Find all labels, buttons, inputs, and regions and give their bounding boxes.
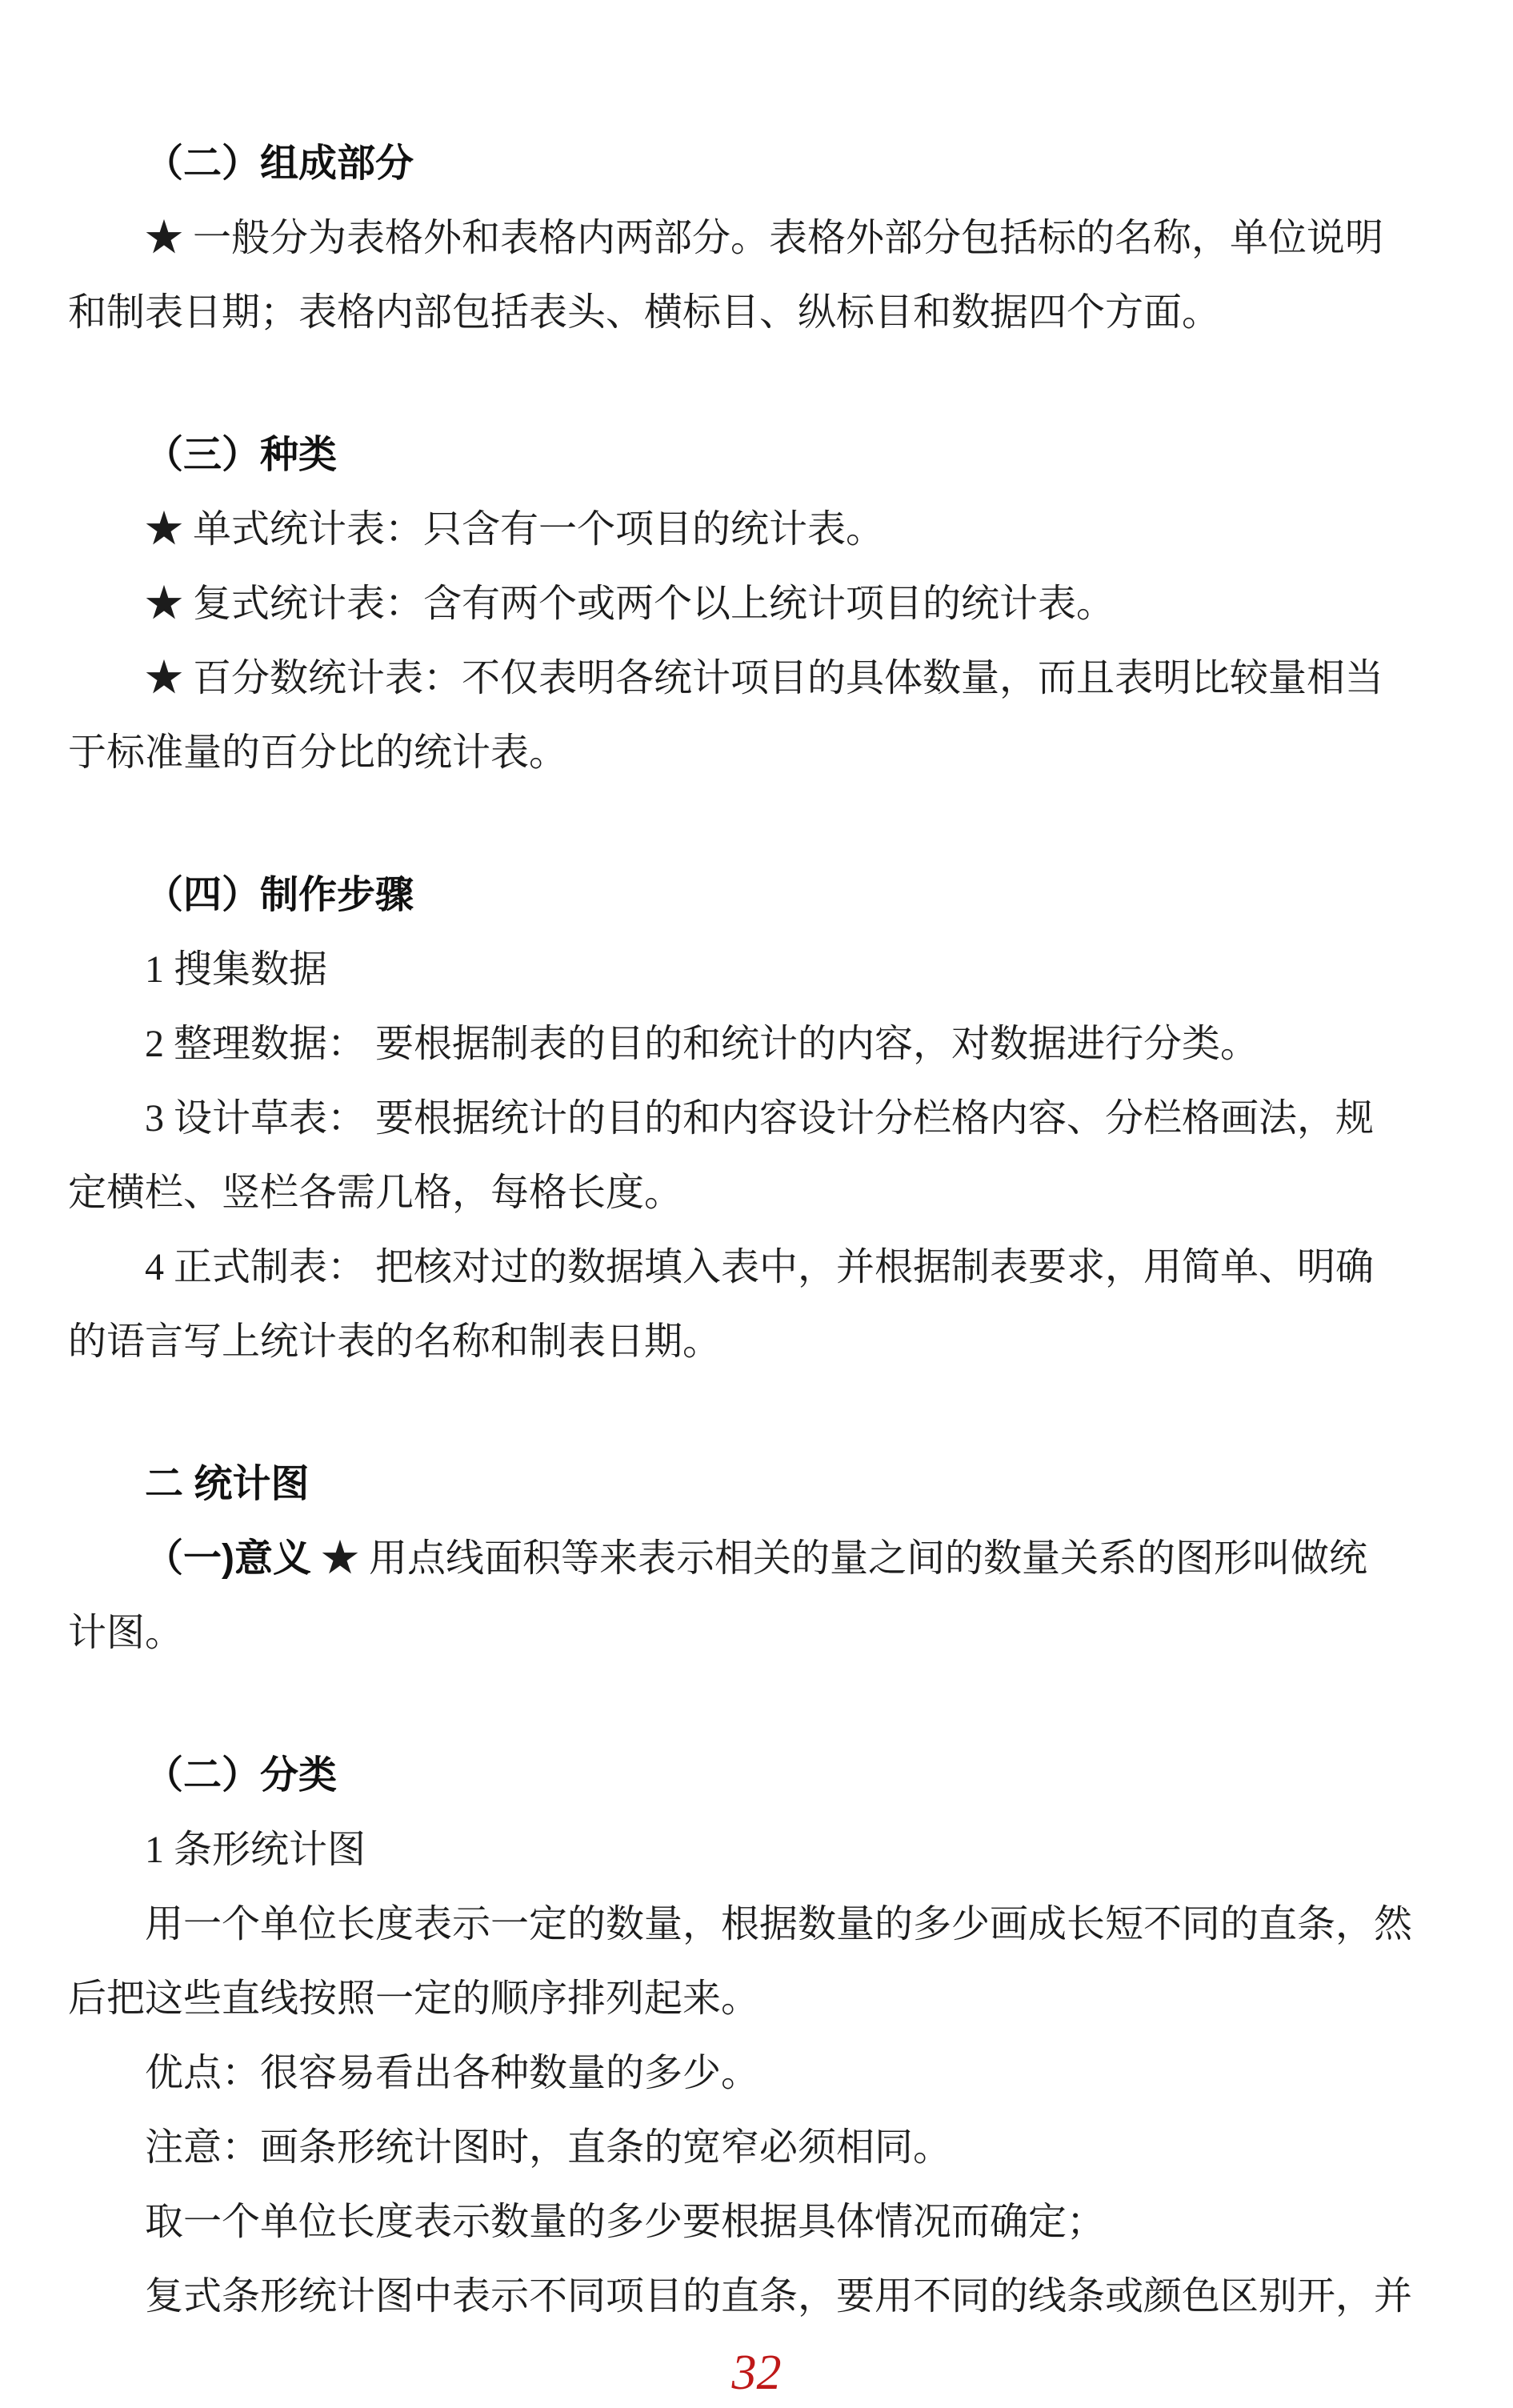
text-line: 和制表日期；表格内部包括表头、横标目、纵标目和数据四个方面。 [68,275,1445,350]
text-line: 2 整理数据： 要根据制表的目的和统计的内容，对数据进行分类。 [68,1007,1445,1081]
text-line: ★ 一般分为表格外和表格内两部分。表格外部分包括标的名称，单位说明 [68,201,1445,275]
section-heading: （二）分类 [68,1738,1445,1813]
section-types: （三）种类 ★ 单式统计表：只含有一个项目的统计表。 ★ 复式统计表：含有两个或… [68,418,1445,790]
text-line: 于标准量的百分比的统计表。 [68,715,1445,790]
subheading-meaning: （一)意义 [145,1537,311,1580]
page-content: （二）组成部分 ★ 一般分为表格外和表格内两部分。表格外部分包括标的名称，单位说… [0,0,1513,2334]
section-steps: （四）制作步骤 1 搜集数据 2 整理数据： 要根据制表的目的和统计的内容，对数… [68,858,1445,1379]
text-line: 用一个单位长度表示一定的数量，根据数量的多少画成长短不同的直条，然 [68,1887,1445,1961]
page-number: 32 [732,2346,782,2400]
text-line: ★ 百分数统计表：不仅表明各统计项目的具体数量，而且表明比较量相当 [68,641,1445,715]
document-page: （二）组成部分 ★ 一般分为表格外和表格内两部分。表格外部分包括标的名称，单位说… [0,0,1513,2408]
section-heading: （四）制作步骤 [68,858,1445,932]
text-line: 4 正式制表： 把核对过的数据填入表中，并根据制表要求，用简单、明确 [68,1230,1445,1304]
text-line: 优点：很容易看出各种数量的多少。 [68,2036,1445,2110]
section-components: （二）组成部分 ★ 一般分为表格外和表格内两部分。表格外部分包括标的名称，单位说… [68,126,1445,350]
text-line: （一)意义 ★ 用点线面积等来表示相关的量之间的数量关系的图形叫做统 [68,1521,1445,1596]
text-line: 1 搜集数据 [68,932,1445,1007]
text-line: 定横栏、竖栏各需几格，每格长度。 [68,1156,1445,1230]
text-line: 后把这些直线按照一定的顺序排列起来。 [68,1961,1445,2036]
section-classification: （二）分类 1 条形统计图 用一个单位长度表示一定的数量，根据数量的多少画成长短… [68,1738,1445,2334]
text-line: 取一个单位长度表示数量的多少要根据具体情况而确定； [68,2185,1445,2259]
section-heading: 二 统计图 [68,1447,1445,1521]
text-line: 注意：画条形统计图时，直条的宽窄必须相同。 [68,2110,1445,2185]
text-line: 复式条形统计图中表示不同项目的直条，要用不同的线条或颜色区别开，并 [68,2259,1445,2334]
text-line: 3 设计草表： 要根据统计的目的和内容设计分栏格内容、分栏格画法，规 [68,1081,1445,1156]
text-line: 的语言写上统计表的名称和制表日期。 [68,1304,1445,1379]
text-line: ★ 复式统计表：含有两个或两个以上统计项目的统计表。 [68,567,1445,641]
text-line: 1 条形统计图 [68,1813,1445,1887]
text-line: ★ 单式统计表：只含有一个项目的统计表。 [68,492,1445,567]
section-heading: （二）组成部分 [68,126,1445,201]
page-footer: 32 [0,2341,1513,2405]
section-statistical-charts: 二 统计图 （一)意义 ★ 用点线面积等来表示相关的量之间的数量关系的图形叫做统… [68,1447,1445,1670]
section-heading: （三）种类 [68,418,1445,492]
text-line: 计图。 [68,1596,1445,1670]
text-line-rest: ★ 用点线面积等来表示相关的量之间的数量关系的图形叫做统 [311,1537,1367,1580]
